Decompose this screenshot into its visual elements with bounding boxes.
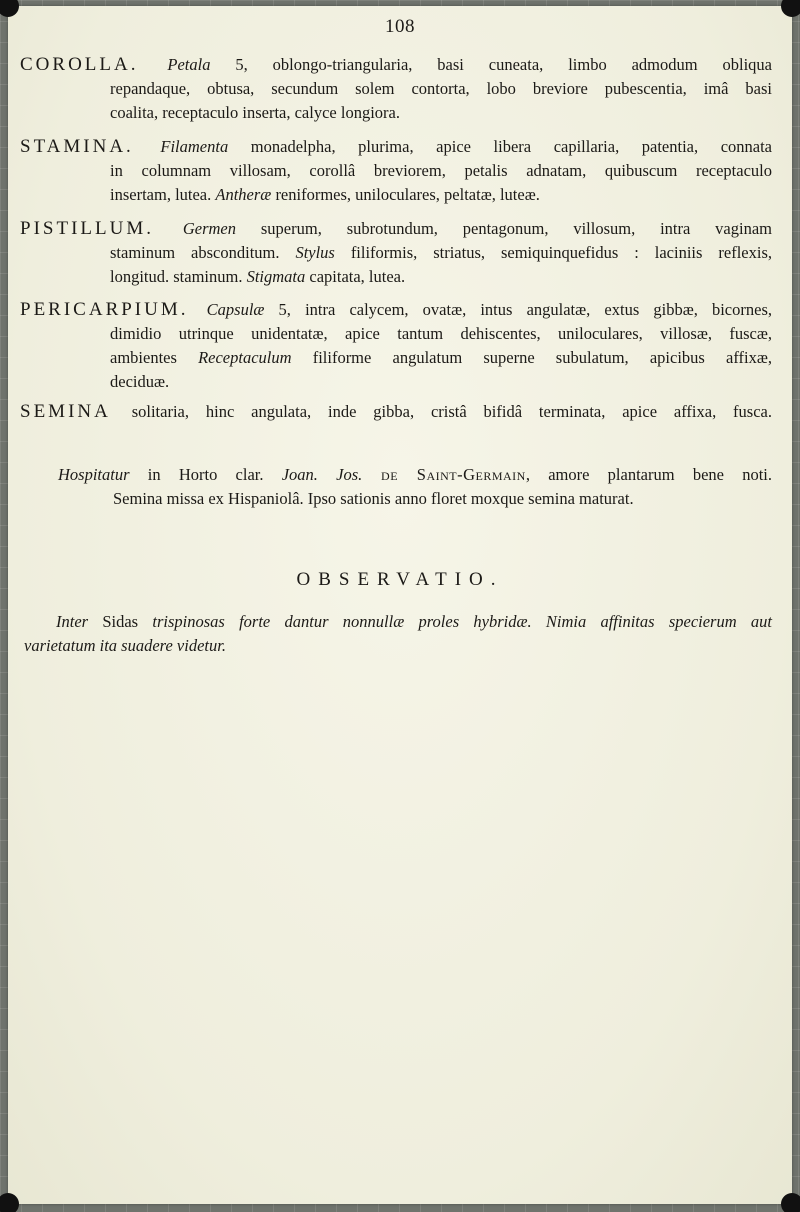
section-label: STAMINA. — [20, 136, 134, 157]
section-label: PISTILLUM. — [20, 218, 154, 239]
entry-line: staminum absconditum. Stylus filiformis,… — [20, 241, 772, 265]
pushpin-icon — [0, 1193, 19, 1212]
habitat-line-1: Hospitatur in Horto clar. Joan. Jos. de … — [58, 463, 772, 487]
observatio-line-1: Inter Sidas trispinosas forte dantur non… — [24, 610, 772, 634]
entry-stamina: STAMINA. Filamenta monadelpha, plurima, … — [20, 135, 772, 207]
habitat-note: Hospitatur in Horto clar. Joan. Jos. de … — [58, 463, 772, 511]
entry-line: in columnam villosam, corollâ breviorem,… — [20, 159, 772, 183]
observatio-heading: OBSERVATIO. — [8, 569, 792, 591]
habitat-line-2: Semina missa ex Hispaniolâ. Ipso sationi… — [58, 487, 772, 511]
entry-corolla: COROLLA. Petala 5, oblongo-triangularia,… — [20, 53, 772, 125]
section-label: COROLLA. — [20, 54, 138, 75]
entry-line: ambientes Receptaculum filiforme angulat… — [20, 346, 772, 370]
entry-pericarpium: PERICARPIUM. Capsulæ 5, intra calycem, o… — [20, 298, 772, 394]
entry-pistillum: PISTILLUM. Germen superum, subrotundum, … — [20, 217, 772, 289]
entry-semina: SEMINA solitaria, hinc angulata, inde gi… — [20, 400, 772, 424]
entry-line: insertam, lutea. Antheræ reniformes, uni… — [20, 183, 772, 207]
pushpin-icon — [781, 0, 800, 17]
entry-line: dimidio utrinque unidentatæ, apice tantu… — [20, 322, 772, 346]
entry-line: longitud. staminum. Stigmata capitata, l… — [20, 265, 772, 289]
section-label: SEMINA — [20, 401, 111, 422]
entry-line: PISTILLUM. Germen superum, subrotundum, … — [20, 217, 772, 241]
pushpin-icon — [0, 0, 19, 17]
entry-line: repandaque, obtusa, secundum solem conto… — [20, 77, 772, 101]
document-page: 108 COROLLA. Petala 5, oblongo-triangula… — [8, 6, 792, 1204]
entry-line: PERICARPIUM. Capsulæ 5, intra calycem, o… — [20, 298, 772, 322]
entry-line: coalita, receptaculo inserta, calyce lon… — [20, 101, 772, 125]
entry-line: STAMINA. Filamenta monadelpha, plurima, … — [20, 135, 772, 159]
section-label: PERICARPIUM. — [20, 299, 189, 320]
observatio-line-2: varietatum ita suadere videtur. — [24, 634, 772, 658]
entry-line: SEMINA solitaria, hinc angulata, inde gi… — [20, 400, 772, 424]
page-number: 108 — [8, 16, 792, 38]
observatio-text: Inter Sidas trispinosas forte dantur non… — [24, 610, 772, 658]
entry-line: COROLLA. Petala 5, oblongo-triangularia,… — [20, 53, 772, 77]
entry-line: deciduæ. — [20, 370, 772, 394]
pushpin-icon — [781, 1193, 800, 1212]
